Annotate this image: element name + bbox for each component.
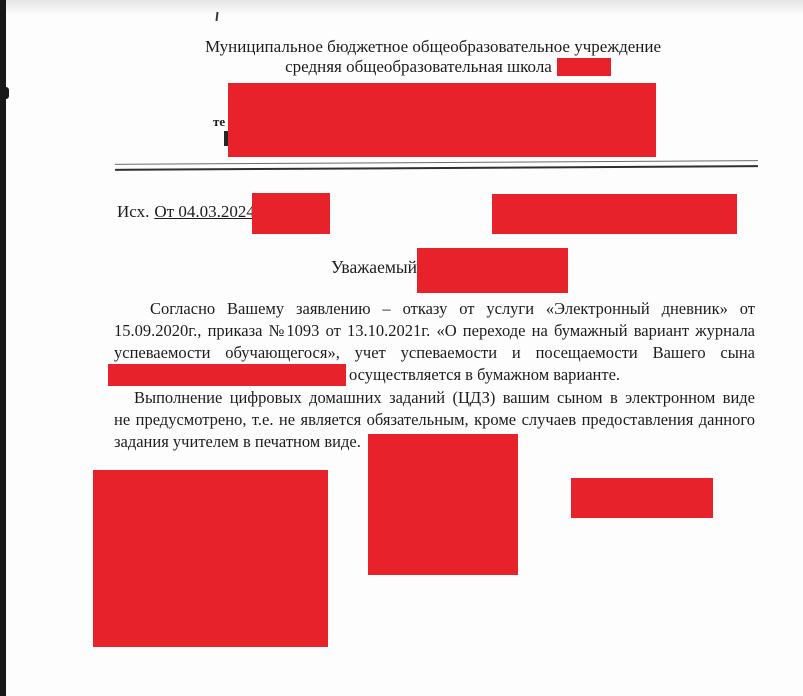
redaction-recipient-name [417, 248, 568, 293]
paragraph1-line3: успеваемости обучающегося», учет успевае… [114, 343, 755, 364]
redaction-letterhead-contacts [228, 83, 656, 157]
outgoing-ref-label: Исх. [117, 202, 149, 221]
scan-left-edge [0, 0, 6, 696]
redaction-son-name [108, 364, 346, 386]
paragraph1-line2: 15.09.2020г., приказа №1093 от 13.10.202… [114, 321, 755, 342]
paragraph1-line4: осуществляется в бумажном варианте. [108, 364, 620, 386]
paragraph2-line2: не предусмотрено, т.е. не является обяза… [114, 410, 755, 431]
redaction-addressee-block [492, 194, 737, 234]
outgoing-ref-date: От 04.03.2024 [154, 202, 254, 221]
redaction-ref-number [252, 193, 330, 234]
salutation-text: Уважаемый [331, 257, 417, 277]
scan-top-shadow [0, 0, 803, 15]
letterhead-school-text: средняя общеобразовательная школа [285, 56, 552, 77]
ink-speck [215, 12, 218, 21]
contact-text-fragment: те [213, 115, 225, 129]
redaction-signature-block-left [93, 470, 328, 647]
paragraph1-line4-text: осуществляется в бумажном варианте. [349, 364, 620, 386]
contact-text-fragment-2 [224, 131, 228, 146]
letterhead-school-line: средняя общеобразовательная школа [93, 56, 803, 77]
outgoing-ref-line: Исх.От 04.03.2024 [117, 202, 255, 222]
paragraph1-line1: Согласно Вашему заявлению – отказу от ус… [150, 299, 755, 320]
letterhead-org-name: Муниципальное бюджетное общеобразователь… [63, 37, 803, 56]
redaction-stamp-middle [368, 434, 518, 575]
redaction-signature-right [571, 478, 713, 518]
scanned-letter-page: Муниципальное бюджетное общеобразователь… [0, 0, 803, 696]
paragraph2-line1: Выполнение цифровых домашних заданий (ЦД… [134, 388, 755, 409]
letterhead-divider-rule [115, 160, 758, 171]
scan-left-edge-mark [0, 87, 9, 99]
redaction-school-number [557, 58, 611, 76]
